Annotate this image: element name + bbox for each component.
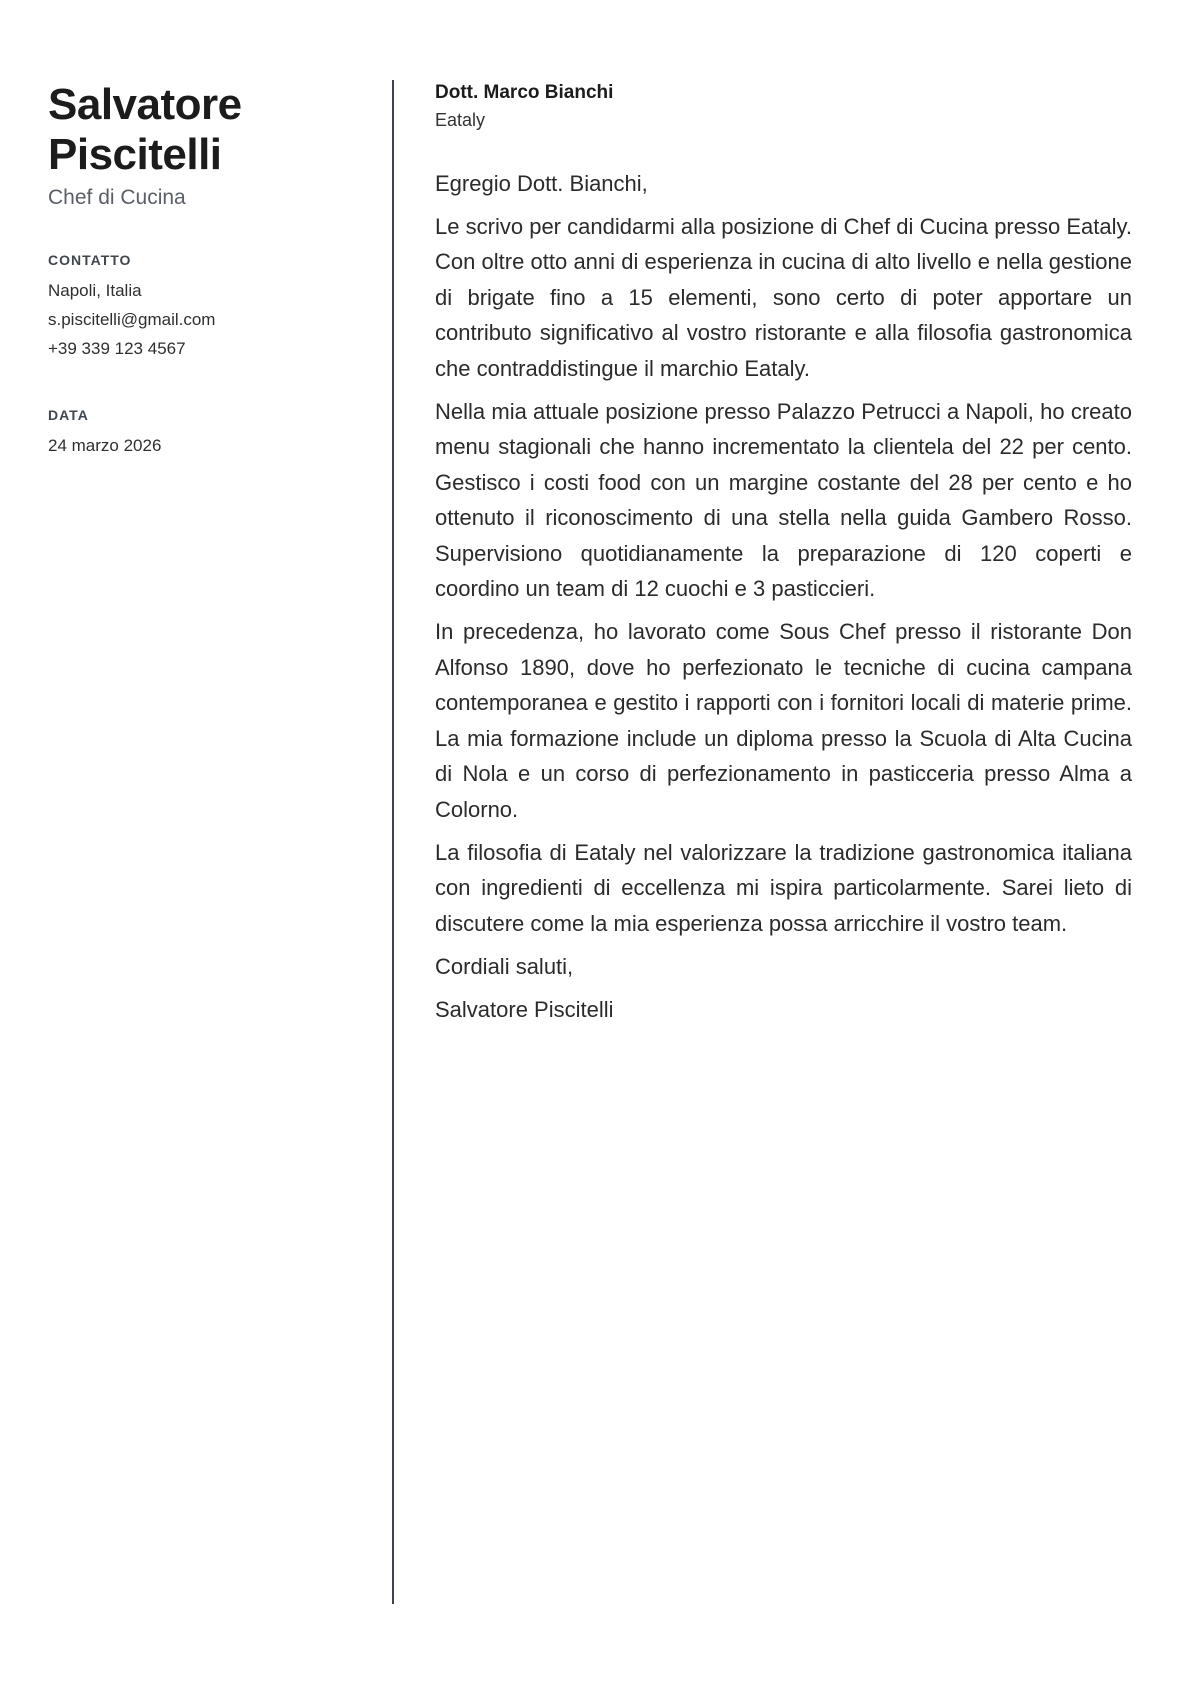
paragraph-previous-role: In precedenza, ho lavorato come Sous Che… <box>435 614 1132 826</box>
paragraph-intro: Le scrivo per candidarmi alla posizione … <box>435 209 1132 386</box>
sender-last-name: Piscitelli <box>48 130 222 179</box>
contact-label: CONTATTO <box>48 250 368 270</box>
date-section: DATA 24 marzo 2026 <box>48 405 368 460</box>
contact-phone[interactable]: +39 339 123 4567 <box>48 334 368 363</box>
date-value: 24 marzo 2026 <box>48 431 368 460</box>
contact-location: Napoli, Italia <box>48 276 368 305</box>
signature: Salvatore Piscitelli <box>435 992 1132 1027</box>
closing: Cordiali saluti, <box>435 949 1132 984</box>
contact-email[interactable]: s.piscitelli@gmail.com <box>48 305 368 334</box>
date-label: DATA <box>48 405 368 425</box>
paragraph-motivation: La filosofia di Eataly nel valorizzare l… <box>435 835 1132 941</box>
vertical-divider <box>392 80 394 1604</box>
contact-section: CONTATTO Napoli, Italia s.piscitelli@gma… <box>48 250 368 363</box>
paragraph-current-role: Nella mia attuale posizione presso Palaz… <box>435 394 1132 606</box>
recipient-name: Dott. Marco Bianchi <box>435 80 1132 106</box>
salutation: Egregio Dott. Bianchi, <box>435 166 1132 201</box>
sender-first-name: Salvatore <box>48 80 242 129</box>
letter-body: Dott. Marco Bianchi Eataly Egregio Dott.… <box>435 80 1132 1035</box>
sidebar: Salvatore Piscitelli Chef di Cucina CONT… <box>48 80 368 460</box>
recipient-company: Eataly <box>435 106 1132 134</box>
sender-name: Salvatore Piscitelli <box>48 80 368 180</box>
sender-job-title: Chef di Cucina <box>48 184 368 212</box>
